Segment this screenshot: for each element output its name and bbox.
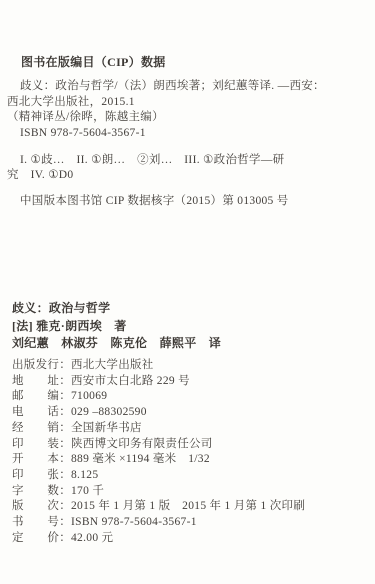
colophon-value: 42.00 元 <box>71 532 113 544</box>
colophon-label: 邮 编： <box>12 389 71 405</box>
colophon-value: 029 –88302590 <box>71 406 147 418</box>
cip-title-line: 歧义：政治与哲学/（法）朗西埃著；刘纪蕙等译. —西安： <box>7 79 325 95</box>
colophon-value: 陕西博文印务有限责任公司 <box>71 438 213 450</box>
book-author: [法] 雅克·朗西埃 著 <box>12 318 221 336</box>
colophon-label: 定 价： <box>12 531 71 547</box>
colophon-row-edition: 版 次：2015 年 1 月第 1 版 2015 年 1 月第 1 次印刷 <box>12 499 305 515</box>
cip-record-line: 中国版本图书馆 CIP 数据核字（2015）第 013005 号 <box>20 192 289 208</box>
book-title: 歧义：政治与哲学 <box>12 300 221 318</box>
colophon-row-format: 开 本：889 毫米 ×1194 毫米 1/32 <box>12 452 305 468</box>
cip-heading: 图书在版编目（CIP）数据 <box>21 53 166 70</box>
colophon-value: ISBN 978-7-5604-3567-1 <box>71 516 197 528</box>
colophon-row-sheets: 印 张：8.125 <box>12 468 305 484</box>
colophon-row-phone: 电 话：029 –88302590 <box>12 405 305 421</box>
colophon-row-distributor: 经 销：全国新华书店 <box>12 421 305 437</box>
colophon-value: 710069 <box>71 390 107 402</box>
colophon-row-isbn: 书 号：ISBN 978-7-5604-3567-1 <box>12 515 305 531</box>
colophon-label: 书 号： <box>12 515 71 531</box>
colophon-row-wordcount: 字 数：170 千 <box>12 484 305 500</box>
colophon-label: 印 张： <box>12 468 71 484</box>
colophon-label: 开 本： <box>12 452 71 468</box>
cip-series-line: （精神译丛/徐晔，陈越主编） <box>7 110 325 126</box>
colophon-label: 印 装： <box>12 437 71 453</box>
colophon-row-price: 定 价：42.00 元 <box>12 531 305 547</box>
colophon-row-address: 地 址：西安市太白北路 229 号 <box>12 374 305 390</box>
cip-publisher-line: 西北大学出版社，2015.1 <box>7 95 325 111</box>
colophon: 出版发行：西北大学出版社 地 址：西安市太白北路 229 号 邮 编：71006… <box>12 358 305 546</box>
colophon-label: 电 话： <box>12 405 71 421</box>
cip-classification-line-1: I. ①歧… II. ①朗… ②刘… III. ①政治哲学—研 <box>7 153 284 168</box>
colophon-value: 2015 年 1 月第 1 版 2015 年 1 月第 1 次印刷 <box>71 500 305 512</box>
colophon-value: 西安市太白北路 229 号 <box>71 375 190 387</box>
book-copyright-page: 图书在版编目（CIP）数据 歧义：政治与哲学/（法）朗西埃著；刘纪蕙等译. —西… <box>0 0 375 584</box>
colophon-row-printer: 印 装：陕西博文印务有限责任公司 <box>12 437 305 453</box>
colophon-label: 经 销： <box>12 421 71 437</box>
colophon-value: 889 毫米 ×1194 毫米 1/32 <box>71 453 210 465</box>
cip-block: 歧义：政治与哲学/（法）朗西埃著；刘纪蕙等译. —西安： 西北大学出版社，201… <box>7 79 325 141</box>
book-title-block: 歧义：政治与哲学 [法] 雅克·朗西埃 著 刘纪蕙 林淑芬 陈克伦 薛熙平 译 <box>12 300 221 353</box>
colophon-value: 西北大学出版社 <box>71 359 154 371</box>
book-translators: 刘纪蕙 林淑芬 陈克伦 薛熙平 译 <box>12 335 221 353</box>
colophon-value: 8.125 <box>71 469 98 481</box>
colophon-label: 版 次： <box>12 499 71 515</box>
cip-isbn-line: ISBN 978-7-5604-3567-1 <box>7 126 325 142</box>
cip-classification-block: I. ①歧… II. ①朗… ②刘… III. ①政治哲学—研 究 IV. ①D… <box>7 153 284 182</box>
colophon-row-publisher: 出版发行：西北大学出版社 <box>12 358 305 374</box>
colophon-label: 出版发行： <box>12 358 71 374</box>
cip-classification-line-2: 究 IV. ①D0 <box>7 168 284 183</box>
colophon-label: 字 数： <box>12 484 71 500</box>
colophon-value: 170 千 <box>71 485 104 497</box>
colophon-row-postcode: 邮 编：710069 <box>12 389 305 405</box>
colophon-label: 地 址： <box>12 374 71 390</box>
colophon-value: 全国新华书店 <box>71 422 142 434</box>
